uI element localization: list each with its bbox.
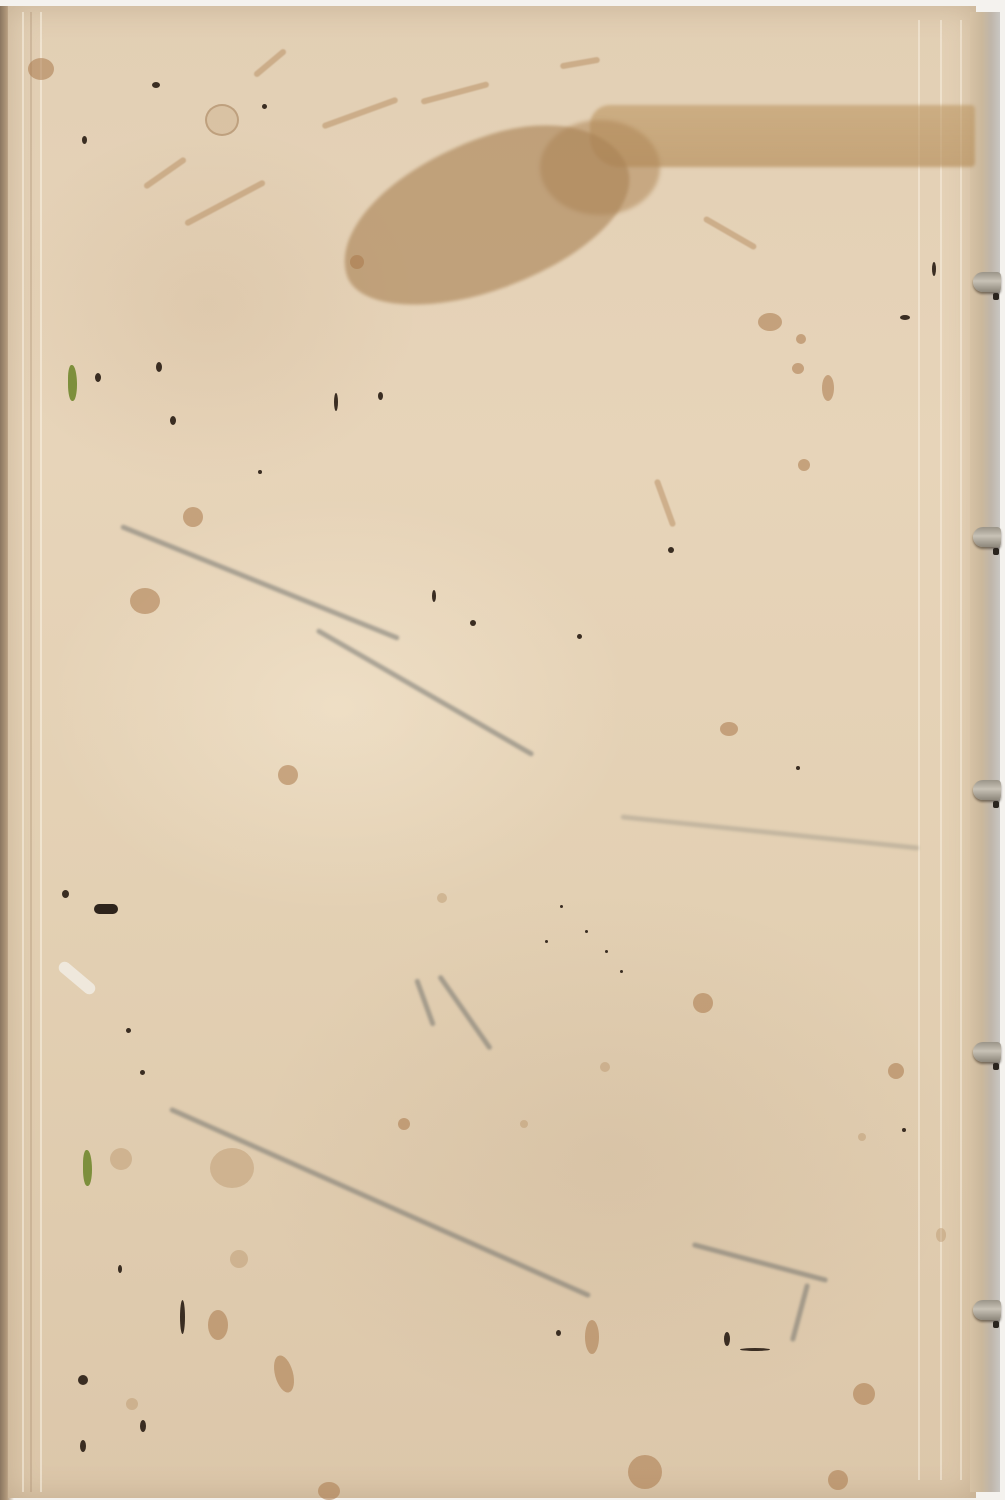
stain-spot — [350, 255, 364, 269]
stain-spot — [758, 313, 782, 331]
right-fold-line — [960, 20, 962, 1480]
dark-speck — [560, 905, 563, 908]
right-edge-turn-in — [970, 12, 1000, 1492]
dark-speck — [140, 1070, 145, 1075]
dark-speck — [470, 620, 476, 626]
dark-speck — [140, 1420, 146, 1432]
binding-tie — [973, 1300, 1001, 1320]
dark-speck — [932, 262, 936, 276]
stain-spot — [208, 1310, 228, 1340]
dark-speck — [170, 416, 176, 425]
dark-speck — [156, 362, 162, 372]
dark-speck — [902, 1128, 906, 1132]
right-fold-line — [940, 20, 942, 1480]
stain-spot — [398, 1118, 410, 1130]
dark-speck — [118, 1265, 122, 1273]
dark-speck — [577, 634, 582, 639]
stain-spot — [628, 1455, 662, 1489]
green-fleck — [83, 1150, 92, 1186]
dark-speck — [258, 470, 262, 474]
dark-speck — [262, 104, 267, 109]
stain-spot — [720, 722, 738, 736]
dark-speck — [900, 315, 910, 320]
dark-speck — [585, 930, 588, 933]
stain-spot — [888, 1063, 904, 1079]
stain-spot — [828, 1470, 848, 1490]
left-fold-line — [30, 12, 32, 1492]
left-fold-line — [40, 12, 42, 1492]
stain-spot — [798, 459, 810, 471]
dark-speck — [180, 1300, 185, 1334]
binding-tie — [973, 780, 1001, 800]
stain-spot — [600, 1062, 610, 1072]
stain-spot — [126, 1398, 138, 1410]
dark-speck — [80, 1440, 86, 1452]
right-fold-line — [918, 20, 920, 1480]
stain-spot — [822, 375, 834, 401]
stain-spot — [28, 58, 54, 80]
dark-speck — [724, 1332, 730, 1346]
stain-spot — [585, 1320, 599, 1354]
dark-speck — [556, 1330, 561, 1336]
green-fleck — [68, 365, 77, 401]
dark-speck — [78, 1375, 88, 1385]
binding-tie — [973, 272, 1001, 292]
dark-speck — [378, 392, 383, 400]
dark-speck — [605, 950, 608, 953]
dark-speck — [668, 547, 674, 553]
ring-stain — [205, 104, 239, 136]
stain-spot — [130, 588, 160, 614]
stain-spot — [230, 1250, 248, 1268]
dark-speck — [62, 890, 69, 898]
stain-spot — [318, 1482, 340, 1500]
stain-spot — [183, 507, 203, 527]
stain-spot — [853, 1383, 875, 1405]
dark-speck — [545, 940, 548, 943]
stain-spot — [796, 334, 806, 344]
stain-spot — [278, 765, 298, 785]
left-fold-line — [22, 12, 24, 1492]
dark-speck — [620, 970, 623, 973]
dark-speck — [796, 766, 800, 770]
stain-spot — [437, 893, 447, 903]
stain-spot — [693, 993, 713, 1013]
dark-speck — [740, 1348, 770, 1351]
dark-speck — [126, 1028, 131, 1033]
dark-speck — [95, 373, 101, 382]
stain-spot — [792, 363, 804, 374]
worm-hole — [94, 904, 118, 914]
stain-spot — [936, 1228, 946, 1242]
stain-spot — [858, 1133, 866, 1141]
dark-speck — [82, 136, 87, 144]
dark-speck — [152, 82, 160, 88]
binding-tie — [973, 1042, 1001, 1062]
stain-spot — [520, 1120, 528, 1128]
stain-spot — [110, 1148, 132, 1170]
binding-tie — [973, 527, 1001, 547]
stain-spot — [210, 1148, 254, 1188]
dark-speck — [432, 590, 436, 602]
dark-speck — [334, 393, 338, 411]
